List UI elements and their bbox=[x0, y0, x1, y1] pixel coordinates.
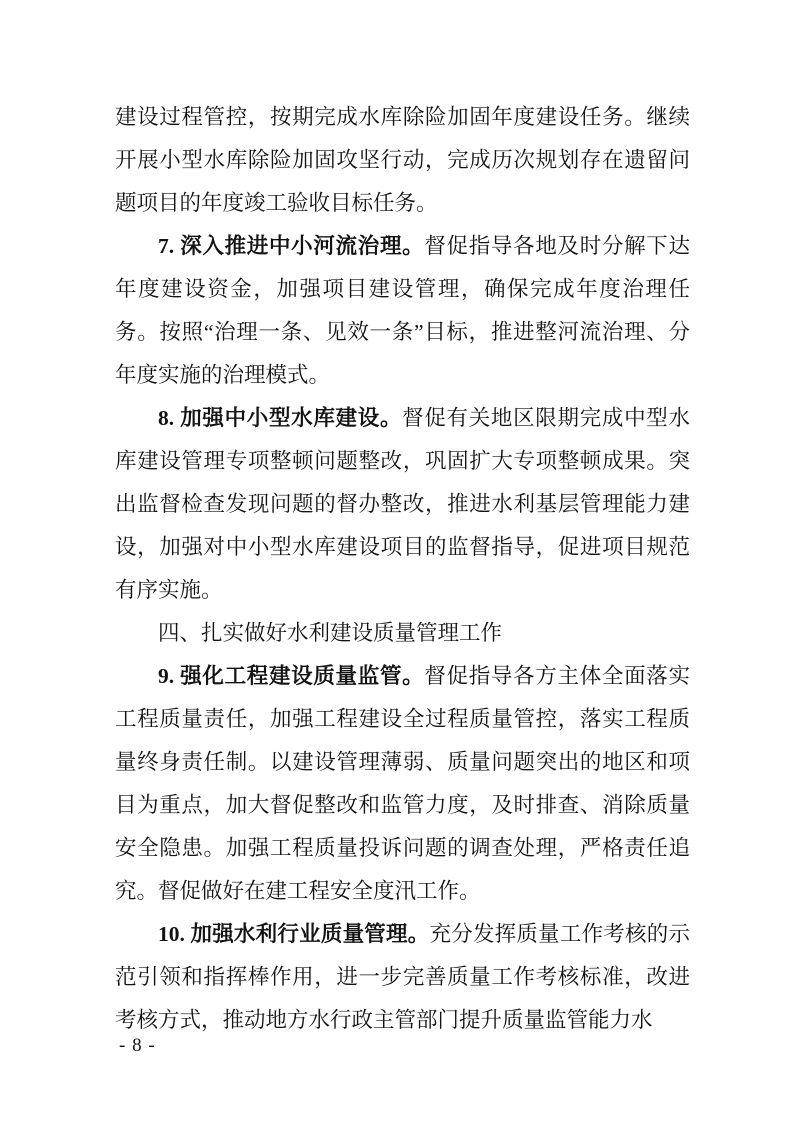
paragraph-8-text: 督促有关地区限期完成中型水库建设管理专项整顿问题整改，巩固扩大专项整顿成果。突出… bbox=[115, 406, 690, 602]
paragraph-continuation: 建设过程管控，按期完成水库除险加固年度建设任务。继续开展小型水库除险加固攻坚行动… bbox=[115, 96, 690, 225]
paragraph-8-lead: 8. 加强中小型水库建设。 bbox=[158, 406, 402, 430]
document-body: 建设过程管控，按期完成水库除险加固年度建设任务。继续开展小型水库除险加固攻坚行动… bbox=[115, 96, 690, 1042]
page-number: - 8 - bbox=[119, 1033, 156, 1059]
paragraph-10-lead: 10. 加强水利行业质量管理。 bbox=[158, 922, 429, 946]
section-4-heading: 四、扎实做好水利建设质量管理工作 bbox=[115, 612, 690, 655]
paragraph-9-lead: 9. 强化工程建设质量监管。 bbox=[158, 664, 424, 688]
paragraph-9-text: 督促指导各方主体全面落实工程质量责任，加强工程建设全过程质量管控，落实工程质量终… bbox=[115, 664, 690, 903]
paragraph-7-lead: 7. 深入推进中小河流治理。 bbox=[158, 234, 424, 258]
paragraph-7: 7. 深入推进中小河流治理。督促指导各地及时分解下达年度建设资金，加强项目建设管… bbox=[115, 225, 690, 397]
paragraph-9: 9. 强化工程建设质量监管。督促指导各方主体全面落实工程质量责任，加强工程建设全… bbox=[115, 655, 690, 913]
document-page: 建设过程管控，按期完成水库除险加固年度建设任务。继续开展小型水库除险加固攻坚行动… bbox=[0, 0, 800, 1131]
paragraph-8: 8. 加强中小型水库建设。督促有关地区限期完成中型水库建设管理专项整顿问题整改，… bbox=[115, 397, 690, 612]
paragraph-continuation-text: 建设过程管控，按期完成水库除险加固年度建设任务。继续开展小型水库除险加固攻坚行动… bbox=[115, 105, 690, 215]
paragraph-10: 10. 加强水利行业质量管理。充分发挥质量工作考核的示范引领和指挥棒作用，进一步… bbox=[115, 913, 690, 1042]
